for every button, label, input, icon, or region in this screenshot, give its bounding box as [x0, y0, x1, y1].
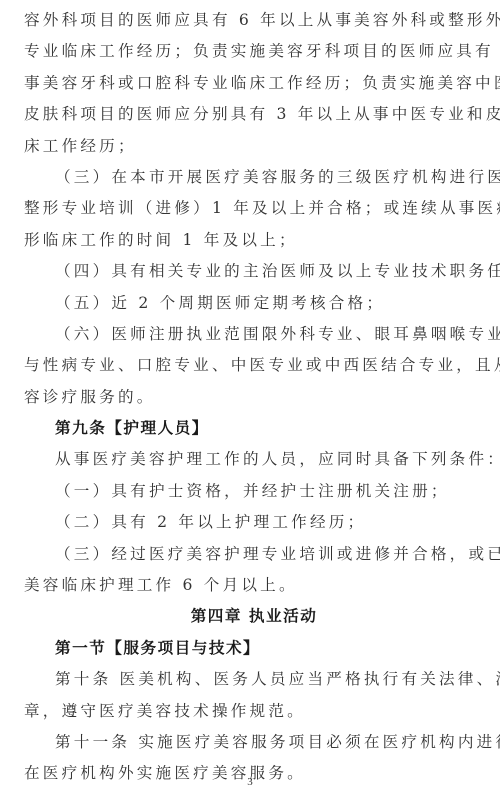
section-1-heading: 第一节【服务项目与技术】: [24, 633, 484, 664]
paragraph-line: 容诊疗服务的。: [24, 382, 484, 413]
paragraph-line: 与性病专业、口腔专业、中医专业或中西医结合专业，且从事医疗美: [24, 350, 484, 381]
paragraph-line: 形临床工作的时间 1 年及以上；: [24, 225, 484, 256]
list-item-5: （五）近 2 个周期医师定期考核合格；: [24, 288, 484, 319]
document-body: 容外科项目的医师应具有 6 年以上从事美容外科或整形外科等相关 专业临床工作经历…: [24, 5, 484, 790]
paragraph-line: 容外科项目的医师应具有 6 年以上从事美容外科或整形外科等相关: [24, 5, 484, 36]
nurse-item-2: （二）具有 2 年以上护理工作经历；: [24, 507, 484, 538]
paragraph-line: 美容临床护理工作 6 个月以上。: [24, 570, 484, 601]
list-item-4: （四）具有相关专业的主治医师及以上专业技术职务任职资格；: [24, 256, 484, 287]
nurse-item-1: （一）具有护士资格，并经护士注册机关注册；: [24, 476, 484, 507]
paragraph-line: 整形专业培训（进修）1 年及以上并合格；或连续从事医疗美容、整: [24, 193, 484, 224]
chapter-4-heading: 第四章 执业活动: [24, 601, 484, 632]
page-number: 3: [0, 776, 500, 788]
list-item-6: （六）医师注册执业范围限外科专业、眼耳鼻咽喉专业、皮肤病: [24, 319, 484, 350]
paragraph-line: 皮肤科项目的医师应分别具有 3 年以上从事中医专业和皮肤专业临: [24, 99, 484, 130]
article-9-heading: 第九条【护理人员】: [24, 413, 484, 444]
article-11: 第十一条 实施医疗美容服务项目必须在医疗机构内进行。禁止: [24, 727, 484, 758]
paragraph-line: 章，遵守医疗美容技术操作规范。: [24, 696, 484, 727]
document-page: 容外科项目的医师应具有 6 年以上从事美容外科或整形外科等相关 专业临床工作经历…: [0, 0, 500, 794]
paragraph-line: 专业临床工作经历；负责实施美容牙科项目的医师应具有 5 年以上从: [24, 36, 484, 67]
article-9-intro: 从事医疗美容护理工作的人员，应同时具备下列条件：: [24, 444, 484, 475]
article-10: 第十条 医美机构、医务人员应当严格执行有关法律、法规和规: [24, 664, 484, 695]
paragraph-line: 事美容牙科或口腔科专业临床工作经历；负责实施美容中医科和美容: [24, 68, 484, 99]
list-item-3: （三）在本市开展医疗美容服务的三级医疗机构进行医疗美容、: [24, 162, 484, 193]
nurse-item-3: （三）经过医疗美容护理专业培训或进修并合格，或已从事医疗: [24, 539, 484, 570]
paragraph-line: 床工作经历；: [24, 131, 484, 162]
